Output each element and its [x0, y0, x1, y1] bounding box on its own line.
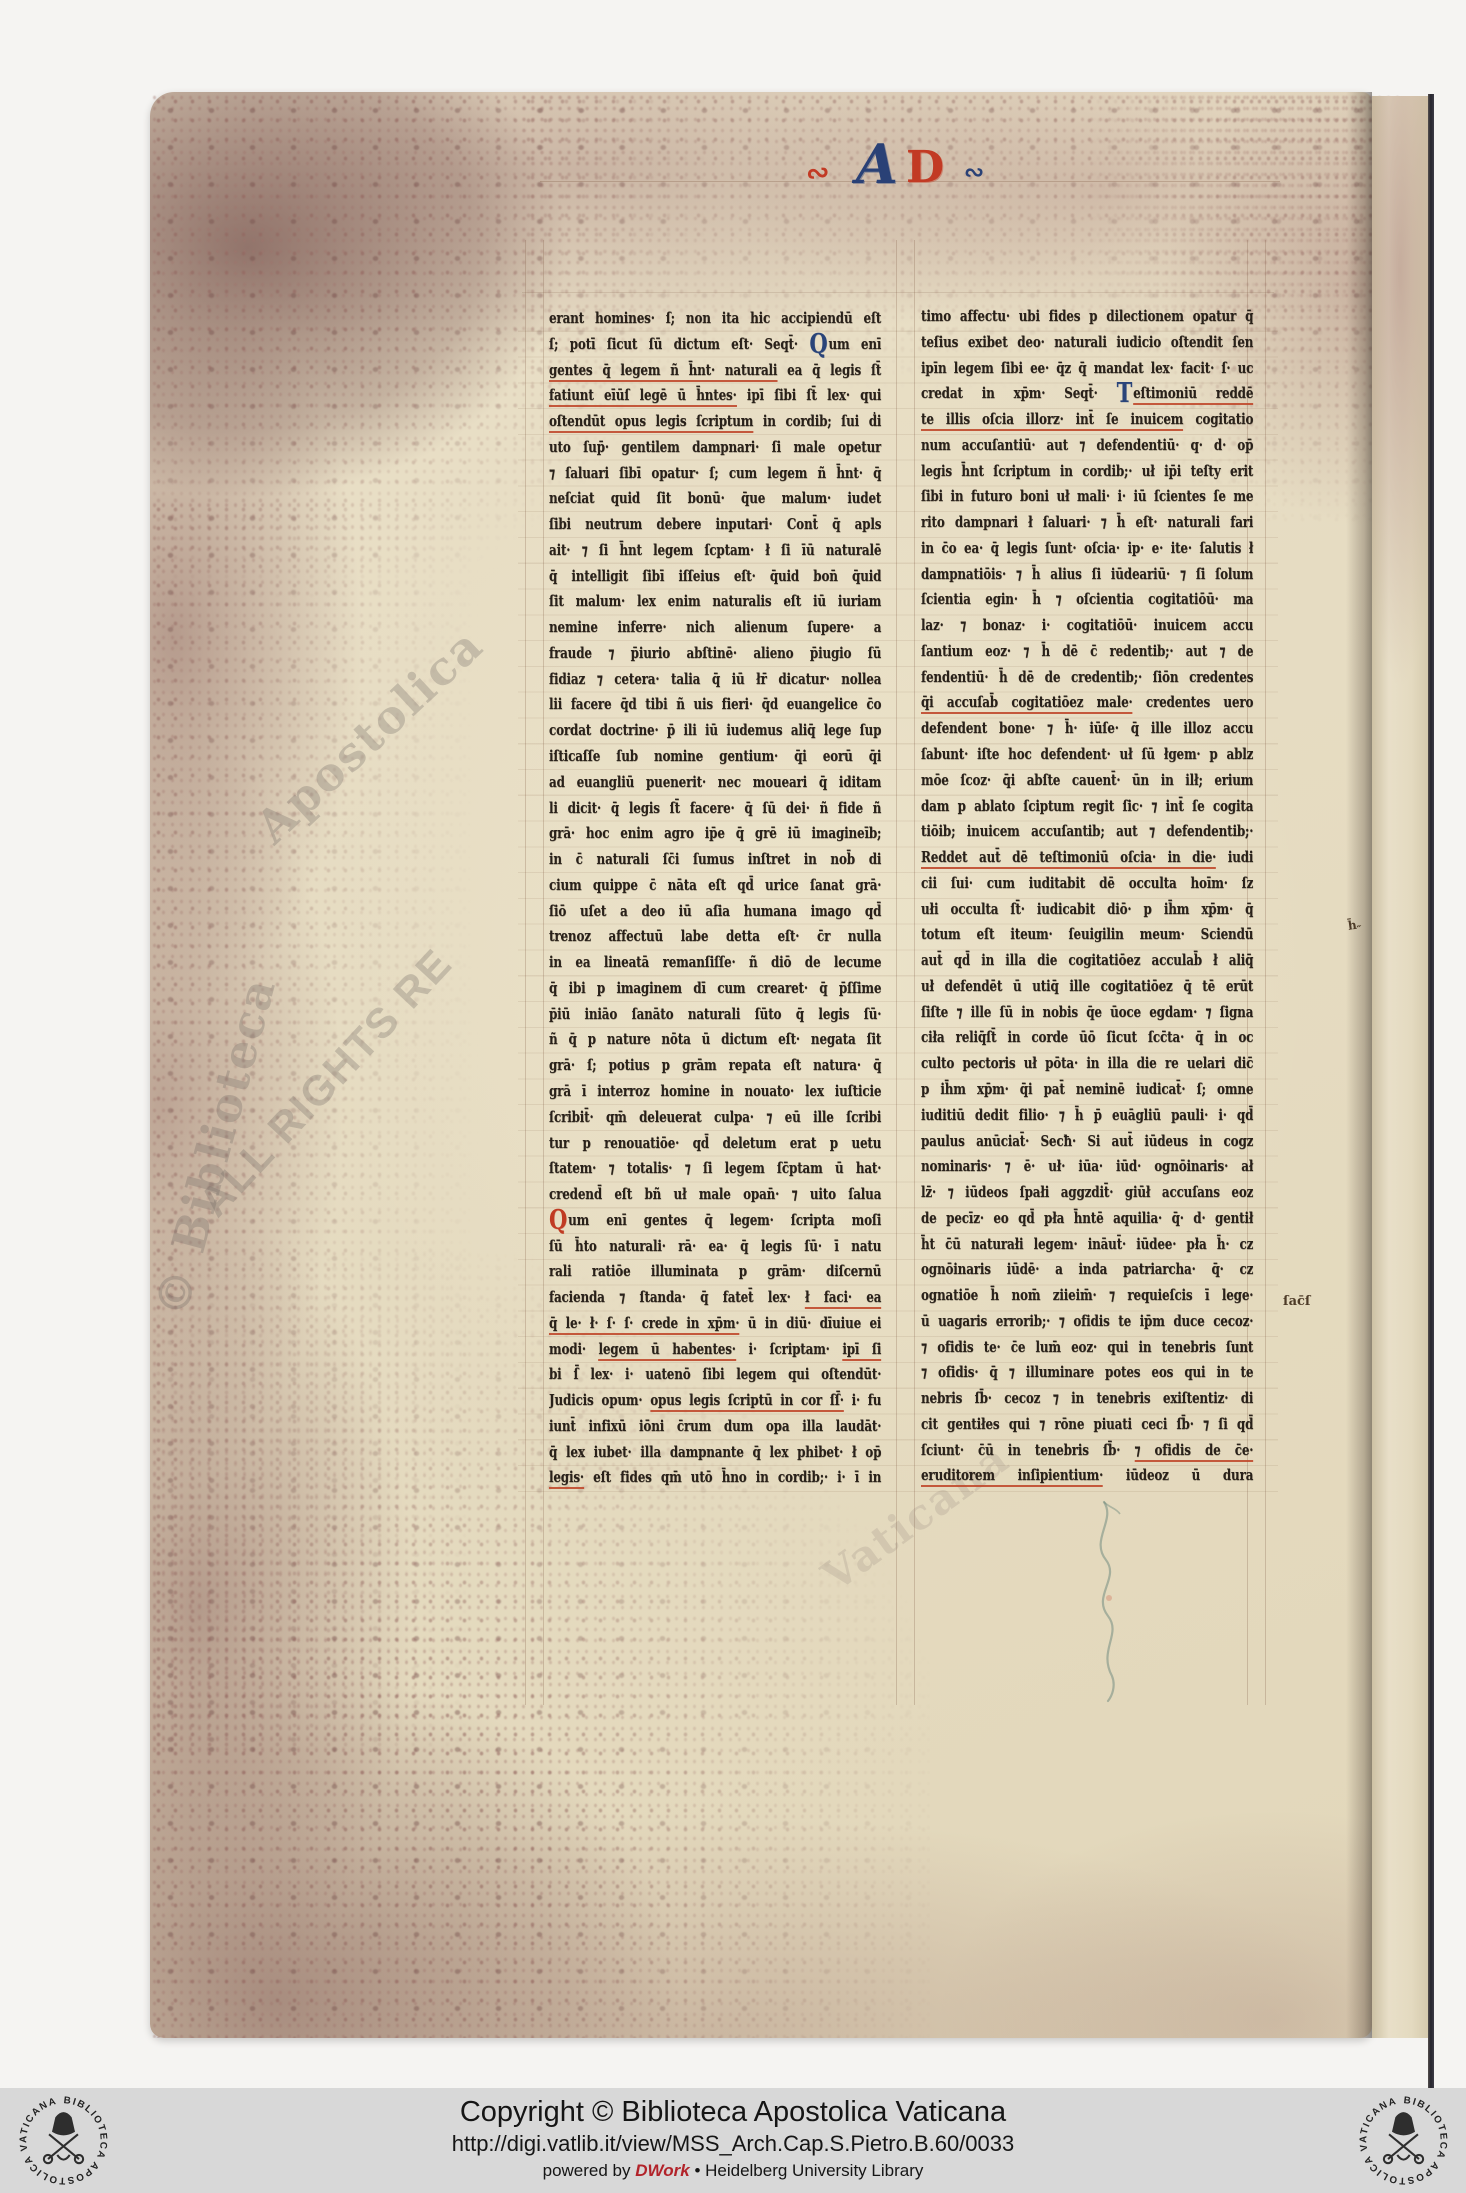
manuscript-line: erant homines· ſ; non ita hic accipiendū…	[549, 306, 881, 332]
manuscript-line: lii facere q̄d tibi ñ uis fieri· q̄d eua…	[549, 692, 881, 718]
manuscript-line: laz· ⁊ bonaz· i· cogitatiōū· inuicem acc…	[921, 613, 1253, 639]
manuscript-line: grā ī interroz homine in nouato· lex iuſ…	[549, 1079, 881, 1105]
manuscript-line: ciła reliq̄ſt̄ in corde ūō ſicut ſcc̄ta·…	[921, 1025, 1253, 1051]
manuscript-line: ad euangliū puenerit· nec moueari q̄ idi…	[549, 770, 881, 796]
manuscript-line: ſcientia egin· h̄ ⁊ oſcientia cogitatiōū…	[921, 587, 1253, 613]
manuscript-line: ſit malum· lex enim naturalis eſt iū iur…	[549, 589, 881, 615]
manuscript-line: defendent bone· ⁊ h̄· iūſe· q̄ ille illo…	[921, 716, 1253, 742]
manuscript-line: ſibi in futuro boni uł mali· i· iū ſcien…	[921, 484, 1253, 510]
manuscript-line: in c̄o ea· q̄ legis ſunt· oſcia· ip· e· …	[921, 536, 1253, 562]
manuscript-line: fatiunt eīūſ legē ū h̄ntes· ipī ſibi ſt̄…	[549, 383, 881, 409]
manuscript-line: ⁊ ofidis· q̄ ⁊ illuminare potes eos qui …	[921, 1360, 1253, 1386]
fore-edge-pages	[1372, 96, 1428, 2038]
tiara-and-keys-icon	[1384, 2113, 1423, 2164]
manuscript-line: ſantium eoz· ⁊ h̄ dē c̄ redentib;· aut ⁊…	[921, 639, 1253, 665]
manuscript-line: uł defendēt ū utiq̄ ille cogitatiōez q̄ …	[921, 974, 1253, 1000]
manuscript-line: ułi occulta ſt̄· iudicabit diō· p ih̄m x…	[921, 897, 1253, 923]
manuscript-line: gentes q̄ legem ñ h̄nt· naturali ea q̄ l…	[549, 358, 881, 384]
manuscript-line: li dicit· q̄ legis ſt̄ facere· q̄ ſū dei…	[549, 796, 881, 822]
manuscript-line: nebris ſb̄· cecoz ⁊ in tenebris exiſtent…	[921, 1386, 1253, 1412]
manuscript-line: num accuſantiū· aut ⁊ defendentiū· q· d·…	[921, 433, 1253, 459]
manuscript-line: ipīn legem ſibi ee· q̄z q̄ mandat lex· f…	[921, 356, 1253, 382]
copyright-line: Copyright © Biblioteca Apostolica Vatica…	[0, 2095, 1466, 2129]
manuscript-line: trenoz affectuū labe detta eſt· c̄r null…	[549, 924, 881, 950]
margin-mark-h: h̄˶	[1347, 917, 1362, 934]
manuscript-line: cii ſui· cum iuditabit dē occulta hoīm· …	[921, 871, 1253, 897]
manuscript-line: q̄ lex iubet· illa dampnante q̄ lex phib…	[549, 1440, 881, 1466]
manuscript-line: fendentiū· h̄ dē de credentib;· ſiōn cre…	[921, 665, 1253, 691]
manuscript-line: legis· eſt fides qm̄ utō h̄no in cordib;…	[549, 1465, 881, 1491]
manuscript-line: p̄iū iniāo ſanāto naturali ſūto q̄ legis…	[549, 1002, 881, 1028]
manuscript-line: tiōib; inuicem accuſantib; aut ⁊ defende…	[921, 819, 1253, 845]
ruling-line-vertical	[896, 240, 897, 1705]
manuscript-line: ⁊ ſaluari ſibī opatur· ſ; cum legem ñ h̄…	[549, 461, 881, 487]
manuscript-line: credend̄ eſt bñ uł male opan̄· ⁊ uito ſa…	[549, 1182, 881, 1208]
ruling-line-vertical	[543, 240, 544, 1705]
manuscript-line: bi ſ̄ lex· i· uatenō ſibi legem qui oſte…	[549, 1362, 881, 1388]
manuscript-line: ait· ⁊ ſi h̄nt legem ſcptam· ł ſi īū nat…	[549, 538, 881, 564]
manuscript-line: facienda ⁊ ſtanda· q̄ fatet̄ lex· ł faci…	[549, 1285, 881, 1311]
manuscript-line: ſabunt· iſte hoc defendent· uł ſū łgem· …	[921, 742, 1253, 768]
source-url: http://digi.vatlib.it/view/MSS_Arch.Cap.…	[0, 2129, 1466, 2159]
manuscript-line: credat in xp̄m· Seqt̄· Teſtimoniū reddē	[921, 381, 1253, 407]
manuscript-line: Reddet aut̄ dē teſtimoniū oſcia· in die·…	[921, 845, 1253, 871]
footer-text: Copyright © Biblioteca Apostolica Vatica…	[0, 2088, 1466, 2183]
manuscript-line: rali ratiōe illuminata p grām· diſcernū	[549, 1259, 881, 1285]
running-title-flourish-right: ∾	[964, 158, 984, 186]
dwork-brand: DWork	[635, 2161, 689, 2180]
manuscript-line: q̄i accuſab̄ cogitatiōez male· credentes…	[921, 690, 1253, 716]
manuscript-line: te illis oſcia illorz· int̄ ſe inuicem c…	[921, 407, 1253, 433]
manuscript-line: mōe ſcoz· q̄i abſte cauent̄· ūn in ilł; …	[921, 768, 1253, 794]
footer-bar: BIBLIOTECA APOSTOLICA VATICANA Copyright…	[0, 2088, 1466, 2193]
manuscript-line: Judicis opum· opus legis ſcriptū in cor …	[549, 1388, 881, 1414]
manuscript-line: h̄t c̄ū naturałi legem· ināut̄· iūdee· p…	[921, 1232, 1253, 1258]
manuscript-line: q̄ ibi p imaginem dī cum crearet· q̄ p̄ſ…	[549, 976, 881, 1002]
manuscript-line: ſibi neutrum debere inputari· Cont̄ q̄ a…	[549, 512, 881, 538]
manuscript-line: lz̄· ⁊ iūdeos ſpałi aggzdit̄· giūł accuſ…	[921, 1180, 1253, 1206]
ruling-line-vertical	[1265, 240, 1266, 1705]
manuscript-line: eruditorem inſipientium· iūdeoz ū dura	[921, 1463, 1253, 1489]
manuscript-line: nemine inferre· nich alienum ſupere· a	[549, 615, 881, 641]
manuscript-line: rito dampnari ł ſaluari· ⁊ h̄ eſt· natur…	[921, 510, 1253, 536]
manuscript-line: dampnatiōis· ⁊ h̄ alius ſi iūdeariū· ⁊ ſ…	[921, 562, 1253, 588]
manuscript-line: dam p ablato ſciptum regit ſic· ⁊ int̄ ſ…	[921, 794, 1253, 820]
manuscript-line: p ih̄m xp̄m· q̄i pat̄ neminē iudicat̄· ſ…	[921, 1077, 1253, 1103]
ruling-line-vertical	[914, 240, 915, 1705]
manuscript-line: de pecīz· eo qd̄ pła h̄ntē aquilia· q̄· …	[921, 1206, 1253, 1232]
gutter-shadow-line	[1428, 94, 1434, 2088]
svg-text:BIBLIOTECA APOSTOLICA VATICANA: BIBLIOTECA APOSTOLICA VATICANA	[1358, 2095, 1449, 2186]
manuscript-line: timo affectu· ubi fides p dilectionem op…	[921, 304, 1253, 330]
margin-note-sacs: ſac̄ſ	[1283, 1294, 1311, 1309]
running-title-letter-d: D	[906, 142, 944, 193]
manuscript-line: ſū h̄to naturali· rā· ea· q̄ legis ſū· ī…	[549, 1234, 881, 1260]
manuscript-column-right: timo affectu· ubi fides p dilectionem op…	[921, 304, 1253, 1489]
manuscript-line: grā· ſ; potius p grām repata eſt natura·…	[549, 1053, 881, 1079]
logo-circular-text: BIBLIOTECA APOSTOLICA VATICANA	[1358, 2095, 1449, 2186]
manuscript-line: q̄ intelligit ſibī iſſeius eſt· q̄uid bo…	[549, 564, 881, 590]
page-crease-shadow	[1346, 92, 1372, 2038]
manuscript-line: totum eſt iteum· ſeuigilin meum· Sciendū	[921, 922, 1253, 948]
manuscript-line: culto pectoris uł pōta· in illa die re u…	[921, 1051, 1253, 1077]
manuscript-line: in c̄ naturali ſc̄i ſumus inſtret in nob…	[549, 847, 881, 873]
powered-by-line: powered by DWork • Heidelberg University…	[0, 2159, 1466, 2183]
manuscript-line: oſtendūt opus legis ſcriptum in cordib; …	[549, 409, 881, 435]
manuscript-line: in ea lineatā remanſiſſe· ñ diō de lecum…	[549, 950, 881, 976]
manuscript-line: ū uagaris errorib;· ⁊ ofidis te ip̄m duc…	[921, 1309, 1253, 1335]
powered-by-suffix: • Heidelberg University Library	[690, 2161, 924, 2180]
manuscript-line: fidiaz ⁊ cetera· talia q̄ iū łr̄ dicatur…	[549, 667, 881, 693]
powered-by-prefix: powered by	[543, 2161, 636, 2180]
manuscript-line: modi· legem ū habentes· i· ſcriptam· ipī…	[549, 1337, 881, 1363]
manuscript-line: iſticaſſe ſub nomine gentium· q̄i eorū q…	[549, 744, 881, 770]
manuscript-line: ſ; potī ſicut ſū dictum eſt· Seqt̄· Qum …	[549, 332, 881, 358]
manuscript-line: uto ſup̄· gentilem dampnari· ſi male ope…	[549, 435, 881, 461]
running-title-flourish-left: ∾	[804, 155, 831, 190]
manuscript-column-left: erant homines· ſ; non ita hic accipiendū…	[549, 306, 881, 1491]
manuscript-line: cordat doctrine· p̄ ili iū iudemus aliq̄…	[549, 718, 881, 744]
manuscript-line: paulus anūciat̄· Secħ· Si aut̄ iūdeus in…	[921, 1129, 1253, 1155]
manuscript-line: ſciunt· c̄ū in tenebris ſb̄· ⁊ ofidis de…	[921, 1438, 1253, 1464]
manuscript-line: aut̄ qd̄ in illa die cogitatiōez acculab…	[921, 948, 1253, 974]
pen-trial-doodle	[1082, 1498, 1152, 1703]
manuscript-line: ſtatem· ⁊ totalis· ⁊ ſi legem ſc̄ptam ū …	[549, 1156, 881, 1182]
manuscript-line: ognatiōe h̄ nom̄ ziieim̄· ⁊ requieſcis ī…	[921, 1283, 1253, 1309]
manuscript-line: ñ q̄ p nature nōta ū dictum eſt· negata …	[549, 1027, 881, 1053]
manuscript-line: fraude ⁊ p̄iurio abſtinē· alieno p̄iugio…	[549, 641, 881, 667]
manuscript-line: cium quippe c̄ nāta eſt qd̄ urice ſanat …	[549, 873, 881, 899]
vatican-library-logo-right: BIBLIOTECA APOSTOLICA VATICANA	[1356, 2093, 1451, 2188]
manuscript-line: teſius exibet deo· naturali iudicio oſte…	[921, 330, 1253, 356]
top-ruling-line	[522, 292, 1274, 293]
manuscript-line: cit gentiłes qui ⁊ rōne piuati ceci ſb̄·…	[921, 1412, 1253, 1438]
manuscript-line: neſciat quid ſit bonū· q̄ue malum· iudet	[549, 486, 881, 512]
manuscript-line: ſiſte ⁊ ille ſū in nobis q̄e ūoce egdam·…	[921, 1000, 1253, 1026]
manuscript-line: ſiō uſet a deo iū aſia humana imago qd̄	[549, 899, 881, 925]
manuscript-scan-viewer: { "running_title": { "left_flourish": "∾…	[0, 0, 1466, 2193]
manuscript-line: legis h̄nt ſcriptum in cordib;· uł ip̄i …	[921, 459, 1253, 485]
manuscript-line: ognōinaris iūdē· a inda patriarcha· q̄· …	[921, 1257, 1253, 1283]
manuscript-line: Qum enī gentes q̄ legem· ſcripta moſi	[549, 1208, 881, 1234]
running-title-letter-a: A	[856, 132, 898, 196]
manuscript-line: tur p renouatiōe· qd̄ deletum erat p uet…	[549, 1131, 881, 1157]
manuscript-line: ⁊ ofidis te· c̄e lum̄ eoz· qui in tenebr…	[921, 1335, 1253, 1361]
manuscript-line: iunt̄ infixū iōni c̄rum dum opa illa lau…	[549, 1414, 881, 1440]
manuscript-line: ſcribit̄· qm̄ deleuerat culpa· ⁊ eū ille…	[549, 1105, 881, 1131]
manuscript-line: grā· hoc enim agro ip̄e q̄ grē iū imagin…	[549, 821, 881, 847]
manuscript-line: q̄ le· ł· ſ· ſ· crede in xp̄m· ū in diū·…	[549, 1311, 881, 1337]
manuscript-line: iuditiū dedit filio· ⁊ h̄ p̄ euāgliū pau…	[921, 1103, 1253, 1129]
ruling-line-vertical	[525, 240, 526, 1705]
manuscript-line: nominaris· ⁊ ē· uł· iūa· iūd· ognōinaris…	[921, 1154, 1253, 1180]
